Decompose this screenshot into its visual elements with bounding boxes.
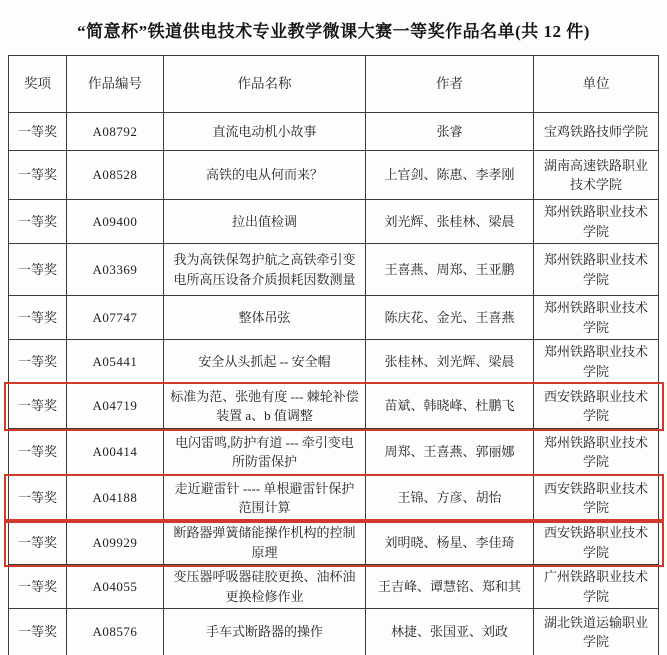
table-row: 一等奖A09400拉出值检调刘光辉、张桂林、梁晨郑州铁路职业技术学院 [9,200,659,244]
cell-code: A04188 [67,476,164,521]
table-row: 一等奖A03369我为高铁保驾护航之高铁牵引变电所高压设备介质损耗因数测量王喜燕… [9,244,659,296]
cell-authors: 王锦、方彦、胡怡 [366,476,534,521]
cell-work: 整体吊弦 [164,296,366,340]
cell-code: A00414 [67,429,164,476]
cell-unit: 西安铁路职业技术学院 [534,476,659,521]
table-row: 一等奖A04055变压器呼吸器硅胶更换、油杯油更换检修作业王吉峰、谭慧铭、郑和其… [9,565,659,609]
table-row: 一等奖A08528高铁的电从何而来？上官剑、陈惠、李孝刚湖南高速铁路职业技术学院 [9,151,659,200]
cell-unit: 郑州铁路职业技术学院 [534,296,659,340]
cell-authors: 王喜燕、周郑、王亚鹏 [366,244,534,296]
column-header-authors: 作者 [366,56,534,113]
cell-code: A09929 [67,521,164,565]
cell-award: 一等奖 [9,384,67,429]
cell-unit: 湖北铁道运输职业学院 [534,609,659,655]
table-row: 一等奖A04188走近避雷针 ---- 单根避雷针保护范围计算王锦、方彦、胡怡西… [9,476,659,521]
cell-code: A08792 [67,113,164,151]
column-header-work: 作品名称 [164,56,366,113]
table-row: 一等奖A08576手车式断路器的操作林捷、张国亚、刘政湖北铁道运输职业学院 [9,609,659,655]
cell-work: 标准为范、张弛有度 --- 棘轮补偿装置 a、b 值调整 [164,384,366,429]
cell-work: 我为高铁保驾护航之高铁牵引变电所高压设备介质损耗因数测量 [164,244,366,296]
cell-unit: 郑州铁路职业技术学院 [534,200,659,244]
column-header-code: 作品编号 [67,56,164,113]
cell-authors: 张睿 [366,113,534,151]
awards-table-wrap: 奖项作品编号作品名称作者单位 一等奖A08792直流电动机小故事张睿宝鸡铁路技师… [8,55,658,655]
cell-code: A08576 [67,609,164,655]
cell-work: 手车式断路器的操作 [164,609,366,655]
cell-authors: 王吉峰、谭慧铭、郑和其 [366,565,534,609]
cell-authors: 刘光辉、张桂林、梁晨 [366,200,534,244]
cell-unit: 郑州铁路职业技术学院 [534,244,659,296]
document-page: “简意杯”铁道供电技术专业教学微课大赛一等奖作品名单(共 12 件) 奖项作品编… [0,0,667,655]
cell-unit: 西安铁路职业技术学院 [534,384,659,429]
cell-code: A09400 [67,200,164,244]
cell-work: 安全从头抓起 -- 安全帽 [164,340,366,384]
cell-authors: 张桂林、刘光辉、梁晨 [366,340,534,384]
cell-award: 一等奖 [9,521,67,565]
cell-work: 走近避雷针 ---- 单根避雷针保护范围计算 [164,476,366,521]
table-row: 一等奖A08792直流电动机小故事张睿宝鸡铁路技师学院 [9,113,659,151]
header-row: 奖项作品编号作品名称作者单位 [9,56,659,113]
cell-work: 拉出值检调 [164,200,366,244]
cell-award: 一等奖 [9,429,67,476]
cell-authors: 陈庆花、金光、王喜燕 [366,296,534,340]
cell-code: A05441 [67,340,164,384]
cell-unit: 郑州铁路职业技术学院 [534,340,659,384]
cell-award: 一等奖 [9,151,67,200]
cell-work: 断路器弹簧储能操作机构的控制原理 [164,521,366,565]
table-row: 一等奖A05441安全从头抓起 -- 安全帽张桂林、刘光辉、梁晨郑州铁路职业技术… [9,340,659,384]
cell-work: 电闪雷鸣,防护有道 --- 牵引变电所防雷保护 [164,429,366,476]
cell-unit: 广州铁路职业技术学院 [534,565,659,609]
cell-code: A07747 [67,296,164,340]
cell-authors: 苗斌、韩晓峰、杜鹏飞 [366,384,534,429]
cell-award: 一等奖 [9,340,67,384]
cell-award: 一等奖 [9,609,67,655]
table-row: 一等奖A09929断路器弹簧储能操作机构的控制原理刘明晓、杨星、李佳琦西安铁路职… [9,521,659,565]
cell-authors: 上官剑、陈惠、李孝刚 [366,151,534,200]
cell-award: 一等奖 [9,244,67,296]
cell-work: 变压器呼吸器硅胶更换、油杯油更换检修作业 [164,565,366,609]
cell-work: 高铁的电从何而来？ [164,151,366,200]
cell-code: A04055 [67,565,164,609]
table-row: 一等奖A04719标准为范、张弛有度 --- 棘轮补偿装置 a、b 值调整苗斌、… [9,384,659,429]
column-header-award: 奖项 [9,56,67,113]
cell-unit: 郑州铁路职业技术学院 [534,429,659,476]
cell-award: 一等奖 [9,476,67,521]
cell-award: 一等奖 [9,296,67,340]
cell-unit: 西安铁路职业技术学院 [534,521,659,565]
cell-work: 直流电动机小故事 [164,113,366,151]
table-row: 一等奖A07747整体吊弦陈庆花、金光、王喜燕郑州铁路职业技术学院 [9,296,659,340]
cell-authors: 刘明晓、杨星、李佳琦 [366,521,534,565]
cell-award: 一等奖 [9,200,67,244]
cell-authors: 林捷、张国亚、刘政 [366,609,534,655]
awards-table: 奖项作品编号作品名称作者单位 一等奖A08792直流电动机小故事张睿宝鸡铁路技师… [8,55,659,655]
cell-authors: 周郑、王喜燕、郭丽娜 [366,429,534,476]
cell-unit: 宝鸡铁路技师学院 [534,113,659,151]
cell-award: 一等奖 [9,113,67,151]
page-title: “简意杯”铁道供电技术专业教学微课大赛一等奖作品名单(共 12 件) [0,0,667,55]
table-row: 一等奖A00414电闪雷鸣,防护有道 --- 牵引变电所防雷保护周郑、王喜燕、郭… [9,429,659,476]
cell-code: A04719 [67,384,164,429]
column-header-unit: 单位 [534,56,659,113]
cell-code: A08528 [67,151,164,200]
cell-award: 一等奖 [9,565,67,609]
cell-unit: 湖南高速铁路职业技术学院 [534,151,659,200]
cell-code: A03369 [67,244,164,296]
